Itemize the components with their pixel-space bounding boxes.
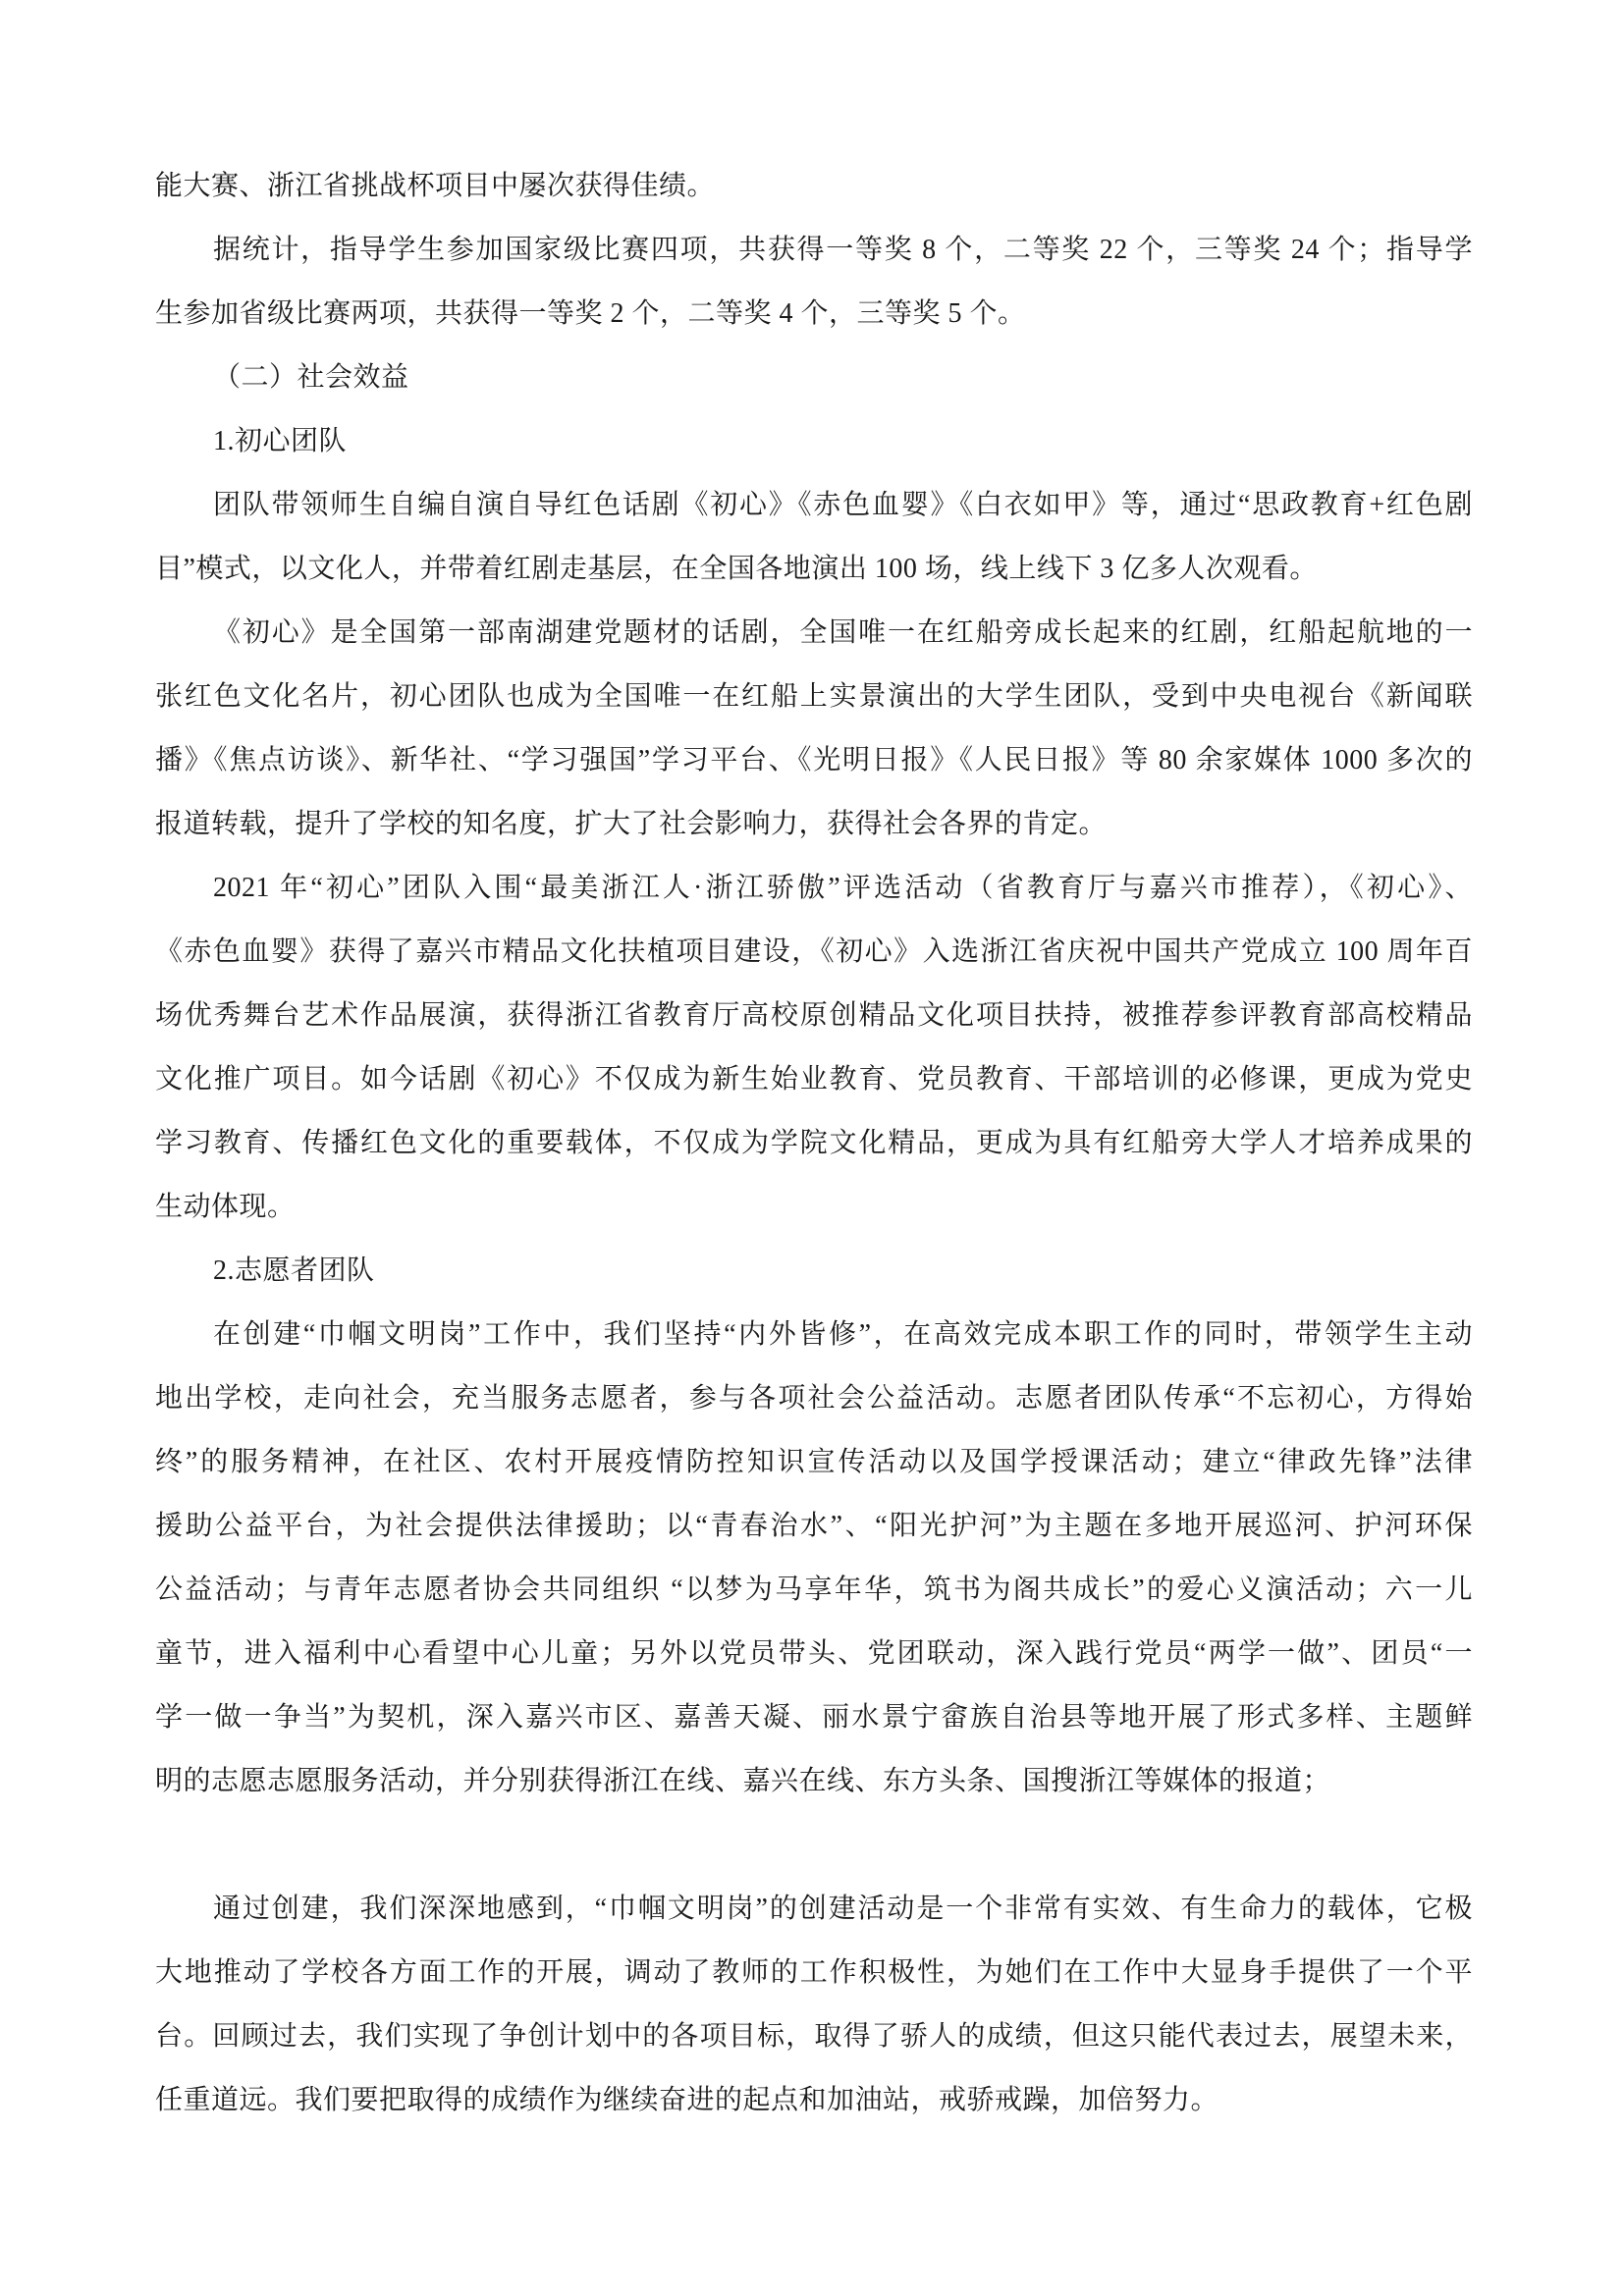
text-line: 台。回顾过去，我们实现了争创计划中的各项目标，取得了骄人的成绩，但这只能代表过去… — [155, 2004, 1473, 2068]
text-line: 任重道远。我们要把取得的成绩作为继续奋进的起点和加油站，戒骄戒躁，加倍努力。 — [155, 2068, 1473, 2132]
text-line: 文化推广项目。如今话剧《初心》不仅成为新生始业教育、党员教育、干部培训的必修课，… — [155, 1047, 1473, 1111]
text-line: 童节，进入福利中心看望中心儿童；另外以党员带头、党团联动，深入践行党员“两学一做… — [155, 1622, 1473, 1685]
text-line: 地出学校，走向社会，充当服务志愿者，参与各项社会公益活动。志愿者团队传承“不忘初… — [155, 1366, 1473, 1430]
text-line: 大地推动了学校各方面工作的开展，调动了教师的工作积极性，为她们在工作中大显身手提… — [155, 1941, 1473, 2004]
text-line: 公益活动；与青年志愿者协会共同组织 “以梦为马享年华，筑书为阁共成长”的爱心义演… — [155, 1558, 1473, 1622]
text-line: 援助公益平台，为社会提供法律援助；以“青春治水”、“阳光护河”为主题在多地开展巡… — [155, 1494, 1473, 1558]
text-line: 报道转载，提升了学校的知名度，扩大了社会影响力，获得社会各界的肯定。 — [155, 792, 1473, 856]
text-line: 在创建“巾帼文明岗”工作中，我们坚持“内外皆修”，在高效完成本职工作的同时，带领… — [155, 1303, 1473, 1366]
document-page: 能大赛、浙江省挑战杯项目中屡次获得佳绩。据统计，指导学生参加国家级比赛四项，共获… — [0, 0, 1624, 2296]
text-line: 张红色文化名片，初心团队也成为全国唯一在红船上实景演出的大学生团队，受到中央电视… — [155, 665, 1473, 728]
text-line: 学一做一争当”为契机，深入嘉兴市区、嘉善天凝、丽水景宁畲族自治县等地开展了形式多… — [155, 1685, 1473, 1749]
text-line: 据统计，指导学生参加国家级比赛四项，共获得一等奖 8 个，二等奖 22 个，三等… — [155, 218, 1473, 282]
text-line: 学习教育、传播红色文化的重要载体，不仅成为学院文化精品，更成为具有红船旁大学人才… — [155, 1111, 1473, 1175]
text-line: 目”模式，以文化人，并带着红剧走基层，在全国各地演出 100 场，线上线下 3 … — [155, 537, 1473, 601]
blank-line — [155, 1813, 1473, 1877]
text-line: 播》《焦点访谈》、新华社、“学习强国”学习平台、《光明日报》《人民日报》等 80… — [155, 728, 1473, 792]
text-line: 团队带领师生自编自演自导红色话剧《初心》《赤色血婴》《白衣如甲》等，通过“思政教… — [155, 473, 1473, 537]
document-body: 能大赛、浙江省挑战杯项目中屡次获得佳绩。据统计，指导学生参加国家级比赛四项，共获… — [155, 154, 1473, 2132]
text-line: 明的志愿志愿服务活动，并分别获得浙江在线、嘉兴在线、东方头条、国搜浙江等媒体的报… — [155, 1749, 1473, 1813]
text-line: 《初心》是全国第一部南湖建党题材的话剧，全国唯一在红船旁成长起来的红剧，红船起航… — [155, 601, 1473, 665]
text-line: （二）社会效益 — [155, 346, 1473, 409]
text-line: 通过创建，我们深深地感到，“巾帼文明岗”的创建活动是一个非常有实效、有生命力的载… — [155, 1877, 1473, 1941]
text-line: 《赤色血婴》获得了嘉兴市精品文化扶植项目建设，《初心》入选浙江省庆祝中国共产党成… — [155, 920, 1473, 984]
text-line: 场优秀舞台艺术作品展演，获得浙江省教育厅高校原创精品文化项目扶持，被推荐参评教育… — [155, 984, 1473, 1047]
text-line: 2021 年“初心”团队入围“最美浙江人·浙江骄傲”评选活动（省教育厅与嘉兴市推… — [155, 856, 1473, 920]
text-line: 生动体现。 — [155, 1175, 1473, 1239]
text-line: 生参加省级比赛两项，共获得一等奖 2 个，二等奖 4 个，三等奖 5 个。 — [155, 282, 1473, 346]
text-line: 能大赛、浙江省挑战杯项目中屡次获得佳绩。 — [155, 154, 1473, 218]
text-line: 1.初心团队 — [155, 409, 1473, 473]
text-line: 终”的服务精神，在社区、农村开展疫情防控知识宣传活动以及国学授课活动；建立“律政… — [155, 1430, 1473, 1494]
text-line: 2.志愿者团队 — [155, 1239, 1473, 1303]
